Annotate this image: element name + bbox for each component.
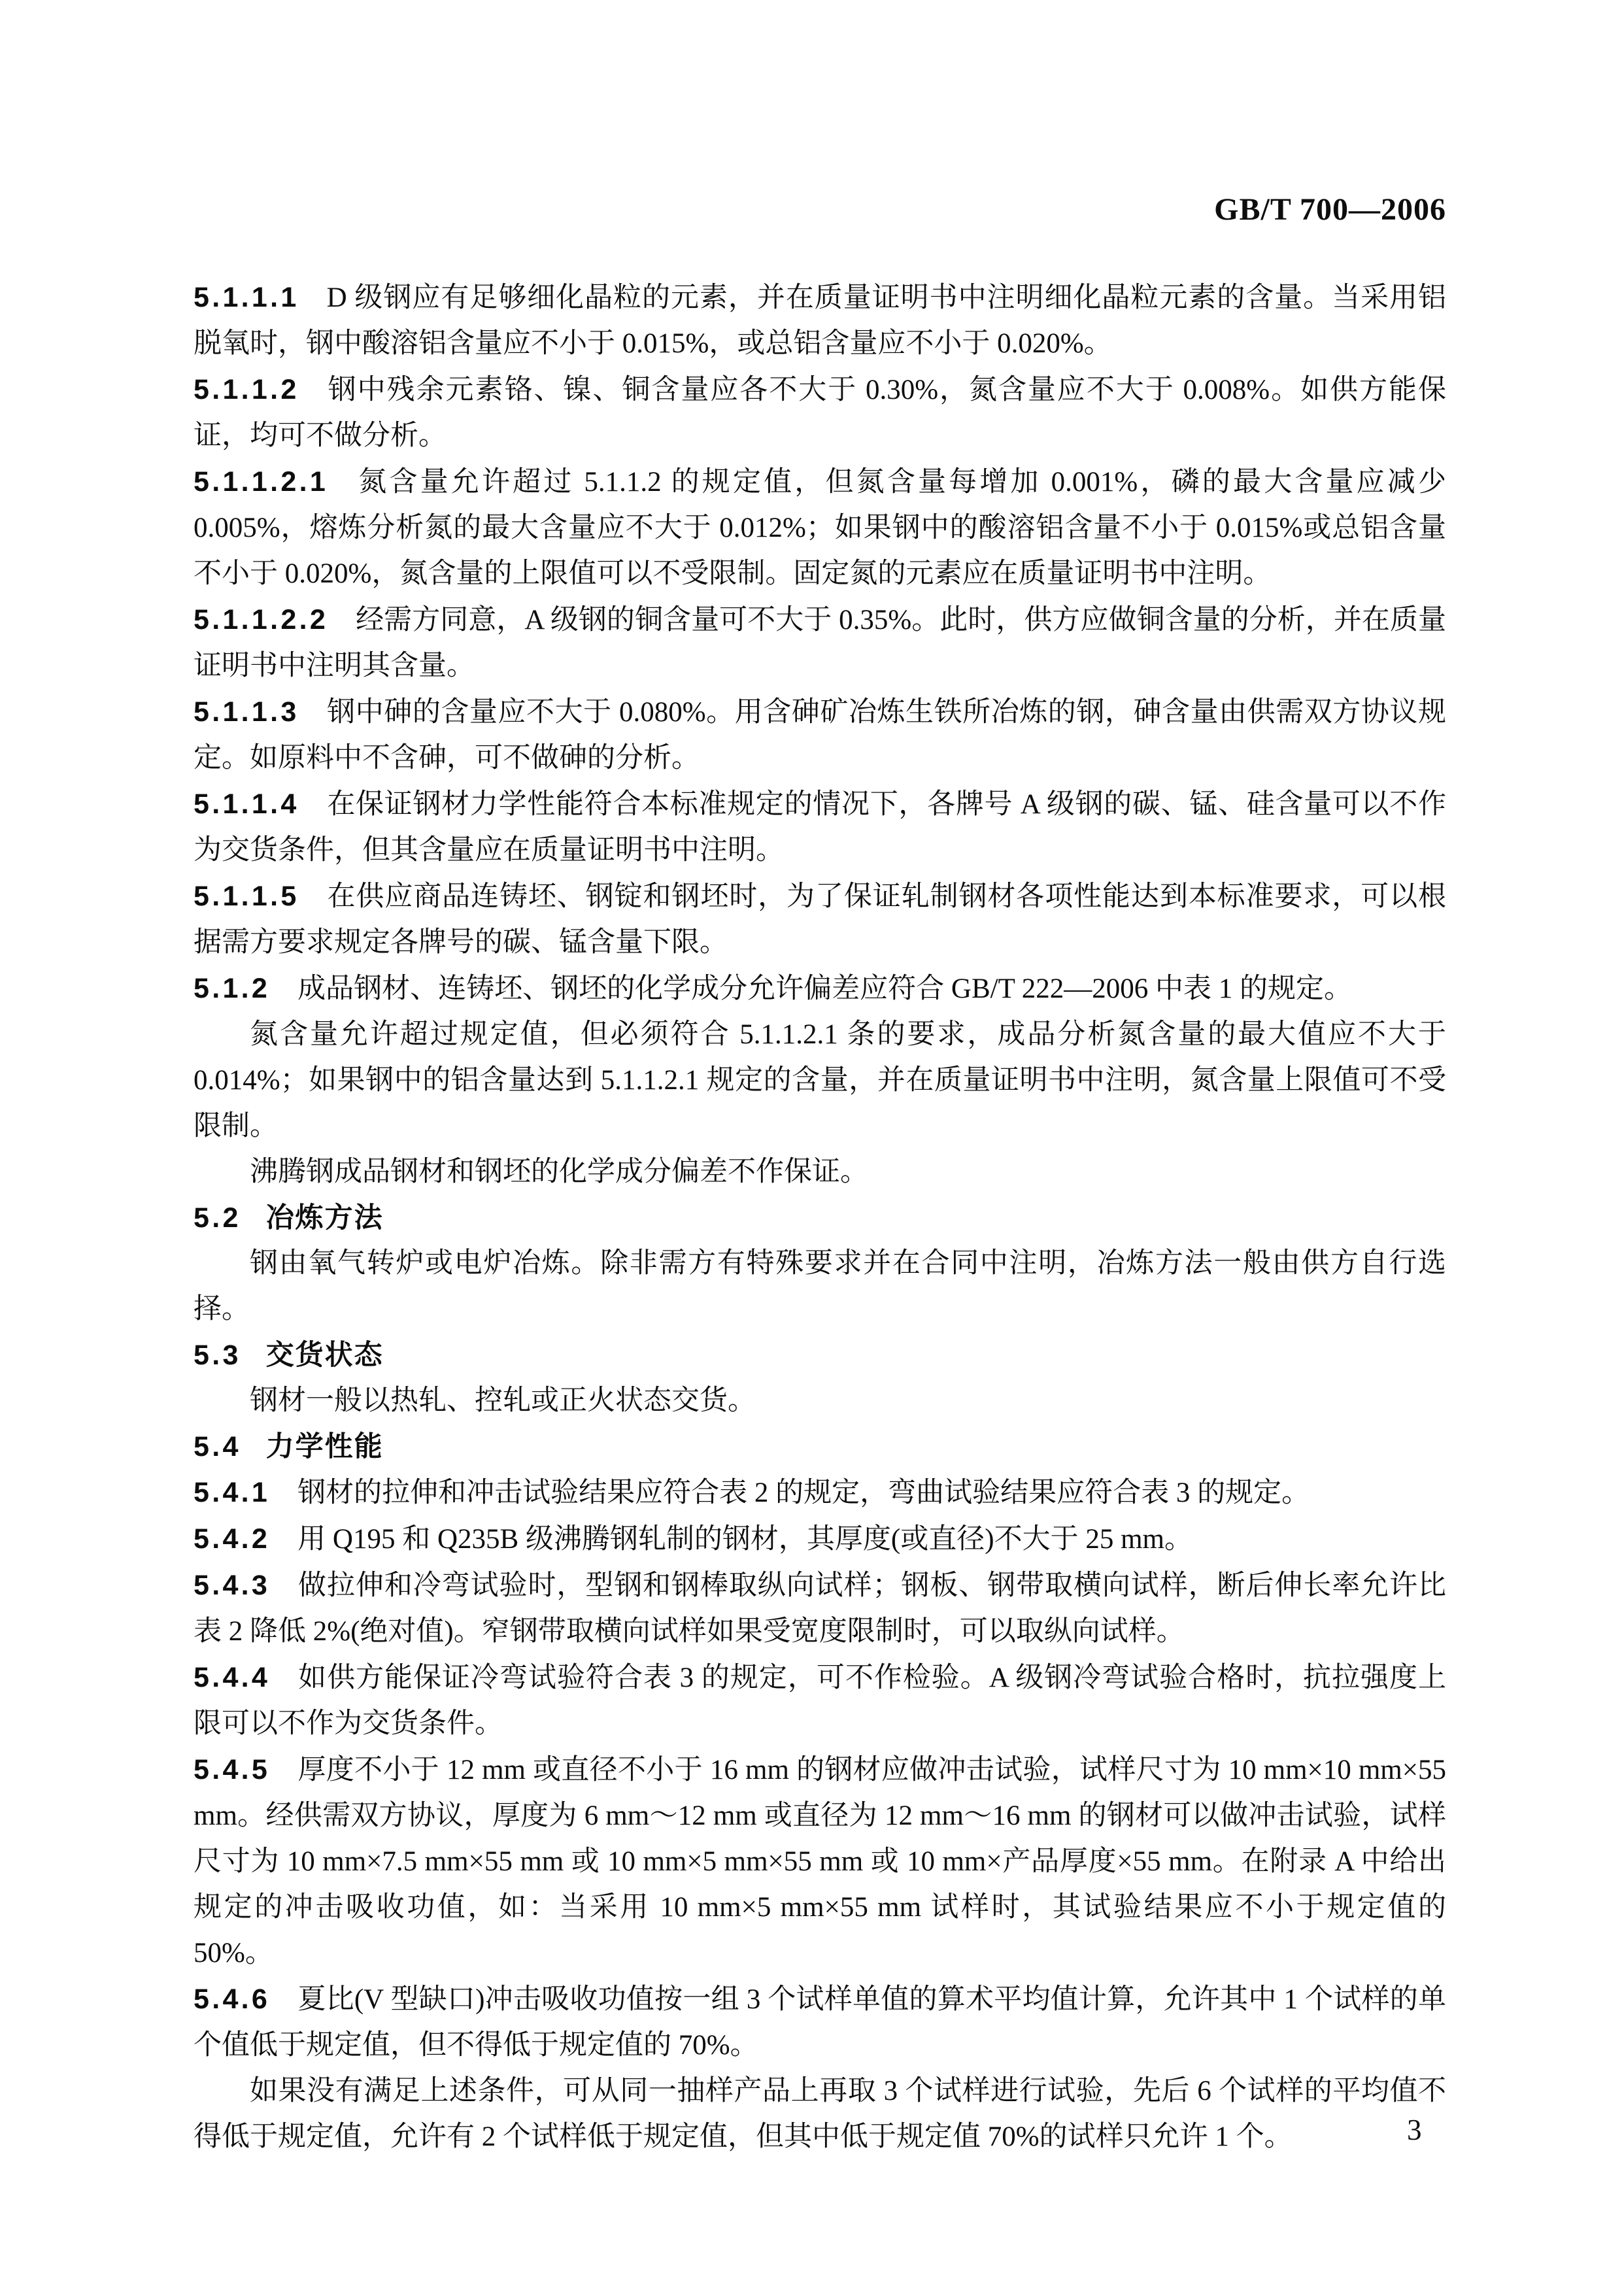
clause-paragraph: 5.1.1.5在供应商品连铸坯、钢锭和钢坯时，为了保证轧制钢材各项性能达到本标准… xyxy=(194,873,1446,966)
clause-number: 5.4.3 xyxy=(194,1570,270,1601)
clause-paragraph: 5.1.1.4在保证钢材力学性能符合本标准规定的情况下，各牌号 A 级钢的碳、锰… xyxy=(194,781,1446,873)
clause-paragraph: 5.4.1钢材的拉伸和冲击试验结果应符合表 2 的规定，弯曲试验结果应符合表 3… xyxy=(194,1470,1446,1516)
paragraph-text: 氮含量允许超过规定值，但必须符合 5.1.1.2.1 条的要求，成品分析氮含量的… xyxy=(194,1019,1446,1141)
section-heading: 5.4力学性能 xyxy=(194,1424,1446,1470)
paragraph-text: 在保证钢材力学性能符合本标准规定的情况下，各牌号 A 级钢的碳、锰、硅含量可以不… xyxy=(194,789,1446,866)
standard-number-header: GB/T 700—2006 xyxy=(0,191,1446,229)
clause-number: 5.3 xyxy=(194,1340,241,1371)
paragraph-text: 钢由氧气转炉或电炉冶炼。除非需方有特殊要求并在合同中注明，冶炼方法一般由供方自行… xyxy=(194,1248,1446,1324)
clause-number: 5.1.2 xyxy=(194,973,270,1004)
clause-paragraph: 5.1.1.2钢中残余元素铬、镍、铜含量应各不大于 0.30%，氮含量应不大于 … xyxy=(194,367,1446,459)
clause-paragraph: 5.4.4如供方能保证冷弯试验符合表 3 的规定，可不作检验。A 级钢冷弯试验合… xyxy=(194,1655,1446,1747)
clause-paragraph: 5.1.2成品钢材、连铸坯、钢坯的化学成分允许偏差应符合 GB/T 222—20… xyxy=(194,966,1446,1012)
document-body: 5.1.1.1D 级钢应有足够细化晶粒的元素，并在质量证明书中注明细化晶粒元素的… xyxy=(194,275,1446,2160)
paragraph-text: 沸腾钢成品钢材和钢坯的化学成分偏差不作保证。 xyxy=(250,1156,868,1187)
clause-number: 5.1.1.3 xyxy=(194,696,299,728)
clause-paragraph: 5.4.5厚度不小于 12 mm 或直径不小于 16 mm 的钢材应做冲击试验，… xyxy=(194,1747,1446,1976)
clause-number: 5.4.5 xyxy=(194,1754,270,1785)
paragraph-text: 在供应商品连铸坯、钢锭和钢坯时，为了保证轧制钢材各项性能达到本标准要求，可以根据… xyxy=(194,881,1446,958)
clause-number: 5.1.1.2.1 xyxy=(194,466,328,498)
paragraph-text: 钢中砷的含量应不大于 0.080%。用含砷矿冶炼生铁所冶炼的钢，砷含量由供需双方… xyxy=(194,697,1446,773)
paragraph-text: 厚度不小于 12 mm 或直径不小于 16 mm 的钢材应做冲击试验，试样尺寸为… xyxy=(194,1755,1446,1968)
section-heading: 5.2冶炼方法 xyxy=(194,1195,1446,1241)
clause-paragraph: 5.4.3做拉伸和冷弯试验时，型钢和钢棒取纵向试样；钢板、钢带取横向试样，断后伸… xyxy=(194,1562,1446,1655)
clause-number: 5.1.1.2.2 xyxy=(194,604,328,635)
page-number: 3 xyxy=(1407,2110,1422,2150)
paragraph-text: 钢材的拉伸和冲击试验结果应符合表 2 的规定，弯曲试验结果应符合表 3 的规定。 xyxy=(297,1477,1310,1508)
body-paragraph: 沸腾钢成品钢材和钢坯的化学成分偏差不作保证。 xyxy=(194,1149,1446,1195)
clause-number: 5.1.1.4 xyxy=(194,788,299,820)
body-paragraph: 氮含量允许超过规定值，但必须符合 5.1.1.2.1 条的要求，成品分析氮含量的… xyxy=(194,1012,1446,1149)
section-heading: 5.3交货状态 xyxy=(194,1332,1446,1378)
paragraph-text: 做拉伸和冷弯试验时，型钢和钢棒取纵向试样；钢板、钢带取横向试样，断后伸长率允许比… xyxy=(194,1570,1446,1647)
clause-number: 5.4.4 xyxy=(194,1662,270,1693)
clause-number: 5.4 xyxy=(194,1431,241,1462)
paragraph-text: 力学性能 xyxy=(266,1431,384,1462)
clause-paragraph: 5.1.1.3钢中砷的含量应不大于 0.080%。用含砷矿冶炼生铁所冶炼的钢，砷… xyxy=(194,689,1446,781)
clause-number: 5.4.1 xyxy=(194,1477,270,1508)
paragraph-text: 钢材一般以热轧、控轧或正火状态交货。 xyxy=(250,1385,756,1416)
paragraph-text: 冶炼方法 xyxy=(266,1202,384,1234)
body-paragraph: 钢材一般以热轧、控轧或正火状态交货。 xyxy=(194,1378,1446,1424)
clause-number: 5.4.2 xyxy=(194,1523,270,1555)
clause-paragraph: 5.4.6夏比(V 型缺口)冲击吸收功值按一组 3 个试样单值的算术平均值计算，… xyxy=(194,1976,1446,2068)
paragraph-text: 如供方能保证冷弯试验符合表 3 的规定，可不作检验。A 级钢冷弯试验合格时，抗拉… xyxy=(194,1662,1446,1739)
paragraph-text: 夏比(V 型缺口)冲击吸收功值按一组 3 个试样单值的算术平均值计算，允许其中 … xyxy=(194,1984,1446,2061)
clause-paragraph: 5.1.1.2.2经需方同意，A 级钢的铜含量可不大于 0.35%。此时，供方应… xyxy=(194,597,1446,689)
paragraph-text: D 级钢应有足够细化晶粒的元素，并在质量证明书中注明细化晶粒元素的含量。当采用铝… xyxy=(194,282,1446,359)
clause-number: 5.4.6 xyxy=(194,1983,270,2015)
clause-number: 5.1.1.1 xyxy=(194,282,299,313)
paragraph-text: 经需方同意，A 级钢的铜含量可不大于 0.35%。此时，供方应做铜含量的分析，并… xyxy=(194,605,1446,681)
body-paragraph: 钢由氧气转炉或电炉冶炼。除非需方有特殊要求并在合同中注明，冶炼方法一般由供方自行… xyxy=(194,1241,1446,1332)
clause-number: 5.2 xyxy=(194,1202,241,1234)
paragraph-text: 氮含量允许超过 5.1.1.2 的规定值，但氮含量每增加 0.001%，磷的最大… xyxy=(194,467,1446,589)
clause-number: 5.1.1.2 xyxy=(194,374,299,405)
paragraph-text: 成品钢材、连铸坯、钢坯的化学成分允许偏差应符合 GB/T 222—2006 中表… xyxy=(297,973,1352,1004)
paragraph-text: 用 Q195 和 Q235B 级沸腾钢轧制的钢材，其厚度(或直径)不大于 25 … xyxy=(297,1524,1193,1555)
paragraph-text: 交货状态 xyxy=(266,1340,384,1371)
clause-paragraph: 5.1.1.2.1氮含量允许超过 5.1.1.2 的规定值，但氮含量每增加 0.… xyxy=(194,459,1446,597)
paragraph-text: 如果没有满足上述条件，可从同一抽样产品上再取 3 个试样进行试验，先后 6 个试… xyxy=(194,2076,1446,2152)
paragraph-text: 钢中残余元素铬、镍、铜含量应各不大于 0.30%，氮含量应不大于 0.008%。… xyxy=(194,375,1446,451)
body-paragraph: 如果没有满足上述条件，可从同一抽样产品上再取 3 个试样进行试验，先后 6 个试… xyxy=(194,2068,1446,2160)
clause-paragraph: 5.4.2用 Q195 和 Q235B 级沸腾钢轧制的钢材，其厚度(或直径)不大… xyxy=(194,1516,1446,1562)
clause-paragraph: 5.1.1.1D 级钢应有足够细化晶粒的元素，并在质量证明书中注明细化晶粒元素的… xyxy=(194,275,1446,367)
clause-number: 5.1.1.5 xyxy=(194,881,299,912)
